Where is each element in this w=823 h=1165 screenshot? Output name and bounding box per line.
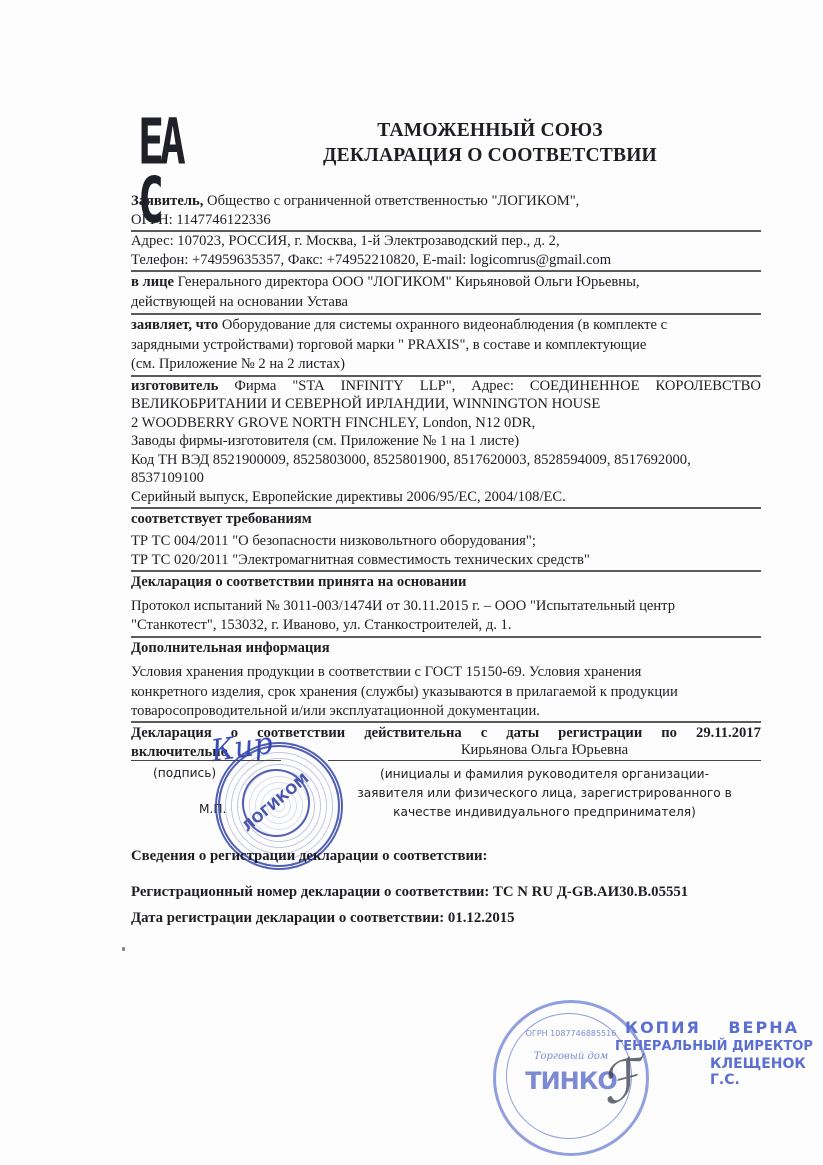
additional-line-2: конкретного изделия, срок хранения (служ… — [131, 682, 761, 702]
basis-label: Декларация о соответствии принята на осн… — [131, 572, 761, 592]
represented-by-basis: действующей на основании Устава — [131, 292, 761, 312]
word: СОЕДИНЕННОЕ — [530, 377, 640, 396]
requirements-section: ТР ТС 004/2011 "О безопасности низковоль… — [131, 532, 761, 572]
additional-label: Дополнительная информация — [131, 638, 761, 658]
certified-copy-stamp: КОПИЯ ВЕРНА ГЕНЕРАЛЬНЫЙ ДИРЕКТОР КЛЕЩЕНО… — [625, 1018, 823, 1088]
contacts-section: Адрес: 107023, РОССИЯ, г. Москва, 1-й Эл… — [131, 232, 761, 272]
word: Фирма — [234, 377, 276, 396]
eac-logo: EAC — [138, 113, 188, 172]
applicant-phone-email: Телефон: +74959635357, Факс: +7495221082… — [131, 251, 761, 270]
basis-line-2: "Станкотест", 153032, г. Иваново, ул. Ст… — [131, 616, 761, 635]
certified-copy-position: ГЕНЕРАЛЬНЫЙ ДИРЕКТОР — [615, 1039, 823, 1054]
certified-copy-label: КОПИЯ ВЕРНА — [625, 1018, 823, 1037]
registration-date: Дата регистрации декларации о соответств… — [131, 910, 515, 927]
word: "STA — [292, 377, 324, 396]
word: INFINITY — [341, 377, 404, 396]
applicant-section: Заявитель, Общество с ограниченной ответ… — [131, 192, 761, 232]
word: КОРОЛЕВСТВО — [655, 377, 760, 396]
requirement-item: ТР ТС 004/2011 "О безопасности низковоль… — [131, 532, 761, 551]
document-title: ТАМОЖЕННЫЙ СОЮЗ ДЕКЛАРАЦИЯ О СООТВЕТСТВИ… — [290, 118, 690, 168]
eac-letter-a: A — [160, 113, 182, 172]
word: Адрес: — [471, 377, 514, 396]
signer-caption-line: качестве индивидуального предпринимателя… — [328, 803, 761, 822]
tinko-stamp-ogrn: ОГРН 1087746885516 — [496, 1029, 646, 1038]
declares-line-2: зарядными устройствами) торговой марки "… — [131, 335, 761, 355]
declares-text: Оборудование для системы охранного видео… — [218, 317, 667, 333]
applicant-address: Адрес: 107023, РОССИЯ, г. Москва, 1-й Эл… — [131, 232, 761, 251]
requirement-item: ТР ТС 020/2011 "Электромагнитная совмест… — [131, 551, 761, 570]
certified-copy-name: КЛЕЩЕНОК Г.С. — [710, 1056, 823, 1088]
signer-caption: (инициалы и фамилия руководителя организ… — [328, 765, 761, 822]
represented-by-text: Генерального директора ООО "ЛОГИКОМ" Кир… — [174, 274, 640, 290]
represented-by-section: в лице Генерального директора ООО "ЛОГИК… — [131, 272, 761, 315]
signer-name-line — [328, 760, 761, 761]
represented-by-label: в лице — [131, 274, 174, 290]
additional-line-1: Условия хранения продукции в соответстви… — [131, 662, 761, 682]
declares-line-3: (см. Приложение № 2 на 2 листах) — [131, 355, 761, 374]
applicant-label: Заявитель, — [131, 193, 203, 209]
registration-heading: Сведения о регистрации декларации о соот… — [131, 848, 487, 865]
scan-speck — [122, 947, 125, 951]
hs-codes-cont: 8537109100 — [131, 469, 761, 488]
applicant-ogrn: ОГРН: 1147746122336 — [131, 211, 761, 230]
additional-section: Условия хранения продукции в соответстви… — [131, 662, 761, 724]
registration-number: Регистрационный номер декларации о соотв… — [131, 884, 688, 901]
eac-letter-e: E — [138, 113, 160, 172]
word: LLP", — [420, 377, 456, 396]
manufacturer-line-3: 2 WOODBERRY GROVE NORTH FINCHLEY, London… — [131, 414, 761, 433]
title-line-1: ТАМОЖЕННЫЙ СОЮЗ — [290, 118, 690, 143]
signer-caption-line: заявителя или физического лица, зарегист… — [328, 784, 761, 803]
applicant-name: Общество с ограниченной ответственностью… — [203, 193, 579, 209]
manufacturer-line-2: ВЕЛИКОБРИТАНИИ И СЕВЕРНОЙ ИРЛАНДИИ, WINN… — [131, 395, 761, 414]
signature-caption: (подпись) — [153, 766, 216, 780]
basis-line-1: Протокол испытаний № 3011-003/1474И от 3… — [131, 596, 761, 616]
signer-caption-line: (инициалы и фамилия руководителя организ… — [328, 765, 761, 784]
title-line-2: ДЕКЛАРАЦИЯ О СООТВЕТСТВИИ — [290, 143, 690, 168]
declares-label: заявляет, что — [131, 317, 218, 333]
additional-line-3: товаросопроводительной и/или эксплуатаци… — [131, 702, 761, 721]
declaration-body: Заявитель, Общество с ограниченной ответ… — [131, 192, 761, 763]
company-seal-text: ЛОГИКОМ — [228, 755, 324, 851]
hs-codes: Код ТН ВЭД 8521900009, 8525803000, 85258… — [131, 451, 761, 470]
basis-section: Протокол испытаний № 3011-003/1474И от 3… — [131, 596, 761, 638]
requirements-label: соответствует требованиям — [131, 509, 761, 529]
serial-production: Серийный выпуск, Европейские директивы 2… — [131, 488, 761, 507]
declares-section: заявляет, что Оборудование для системы о… — [131, 315, 761, 377]
manufacturer-line-1: изготовитель Фирма "STA INFINITY LLP", А… — [131, 377, 761, 396]
manufacturer-plants: Заводы фирмы-изготовителя (см. Приложени… — [131, 432, 761, 451]
manufacturer-section: изготовитель Фирма "STA INFINITY LLP", А… — [131, 377, 761, 510]
manufacturer-label: изготовитель — [131, 377, 218, 396]
signer-name: Кирьянова Ольга Юрьевна — [328, 742, 761, 759]
